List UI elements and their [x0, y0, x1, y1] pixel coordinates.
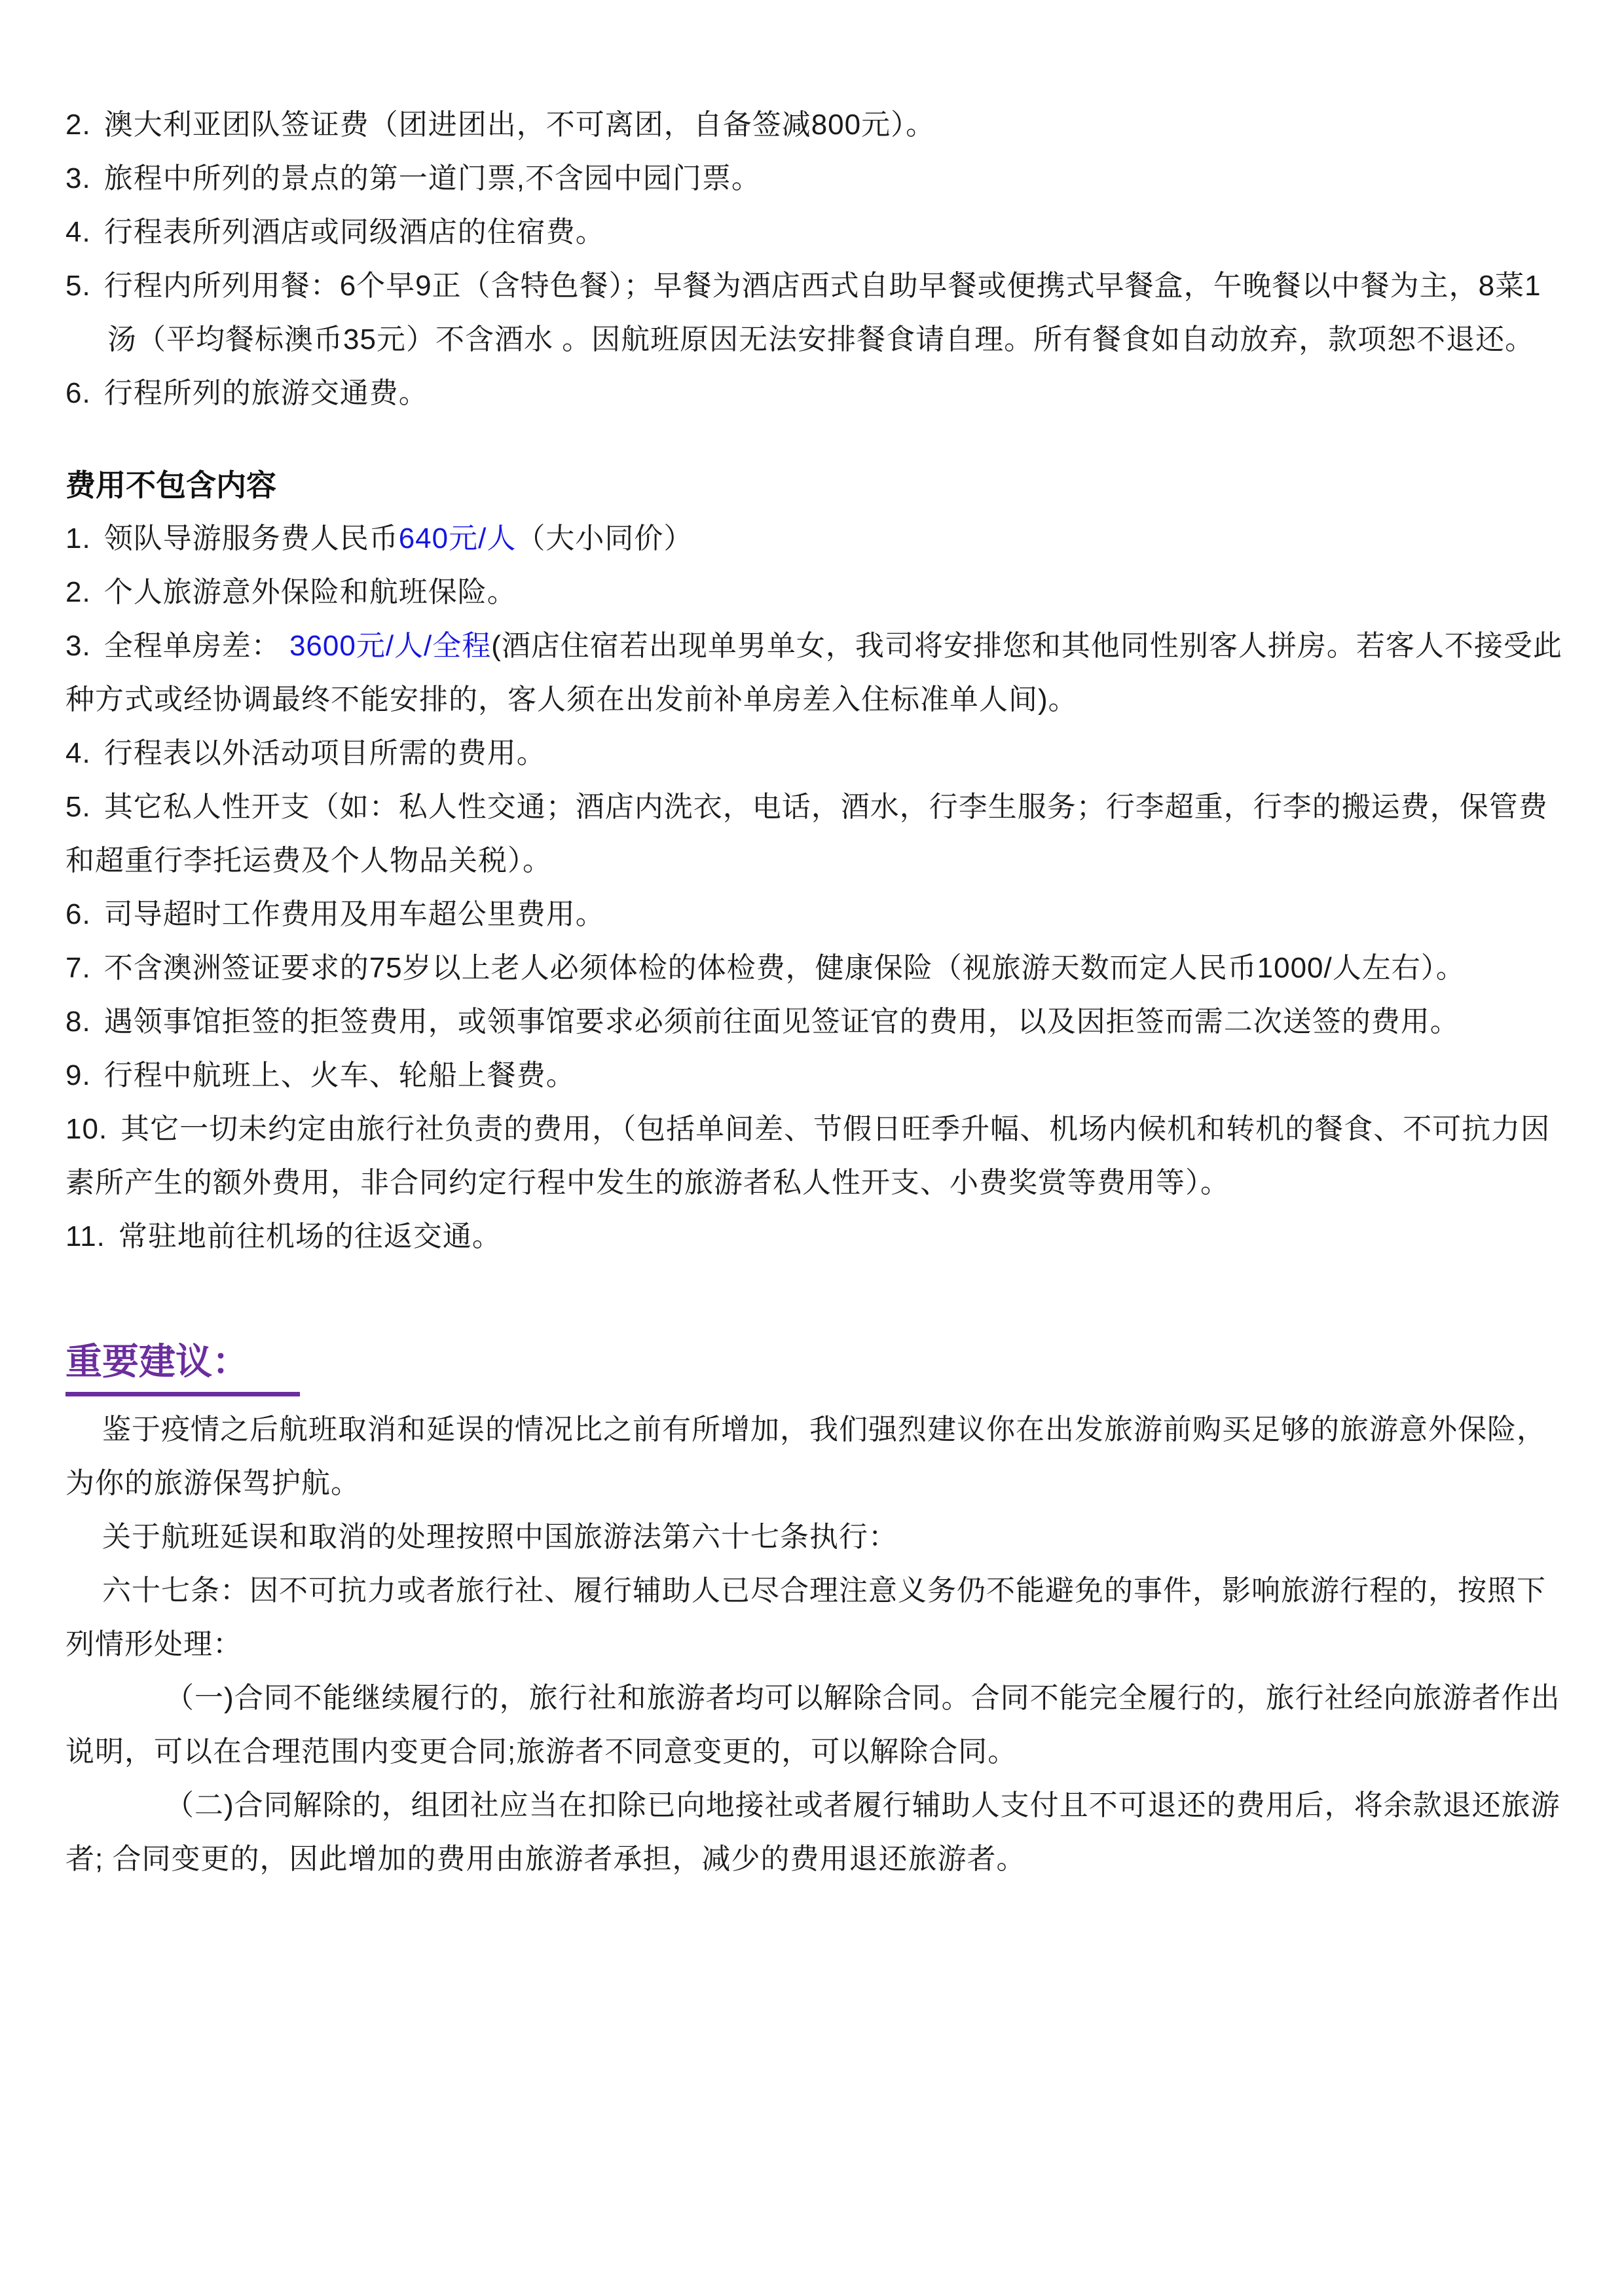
list-item-text: 不含澳洲签证要求的75岁以上老人必须体检的体检费，健康保险（视旅游天数而定人民币…: [104, 952, 1466, 984]
list-item-text: （大小同价）: [516, 522, 693, 555]
list-item-number: 3.: [65, 162, 91, 194]
advice-paragraph: 六十七条：因不可抗力或者旅行社、履行辅助人已尽合理注意义务仍不能避免的事件，影响…: [65, 1564, 1566, 1671]
advice-paragraph: （二)合同解除的，组团社应当在扣除已向地接社或者履行辅助人支付且不可退还的费用后…: [65, 1779, 1566, 1886]
list-item-text: 其它一切未约定由旅行社负责的费用，（包括单间差、节假日旺季升幅、机场内候机和转机…: [65, 1113, 1550, 1199]
list-item-text: 澳大利亚团队签证费（团进团出，不可离团，自备签减800元）。: [104, 109, 935, 141]
list-item: 9.行程中航班上、火车、轮船上餐费。: [65, 1049, 1566, 1102]
advice-paragraph: （一)合同不能继续履行的，旅行社和旅游者均可以解除合同。合同不能完全履行的，旅行…: [65, 1671, 1566, 1779]
advice-paragraph: 关于航班延误和取消的处理按照中国旅游法第六十七条执行：: [65, 1510, 1566, 1564]
list-item-text: 行程表以外活动项目所需的费用。: [104, 737, 546, 769]
list-item-text: 遇领事馆拒签的拒签费用，或领事馆要求必须前往面见签证官的费用，以及因拒签而需二次…: [104, 1006, 1460, 1038]
list-item-text: 个人旅游意外保险和航班保险。: [104, 576, 517, 608]
list-item-number: 1.: [65, 522, 91, 555]
advice-body: 鉴于疫情之后航班取消和延误的情况比之前有所增加，我们强烈建议你在出发旅游前购买足…: [65, 1403, 1566, 1886]
list-item: 5.其它私人性开支（如：私人性交通；酒店内洗衣，电话，酒水，行李生服务；行李超重…: [65, 780, 1566, 888]
list-item-number: 2.: [65, 109, 91, 141]
excluded-fees-list: 1.领队导游服务费人民币640元/人（大小同价） 2.个人旅游意外保险和航班保险…: [65, 512, 1566, 1264]
list-item-text: 行程内所列用餐：6个早9正（含特色餐）；早餐为酒店西式自助早餐或便携式早餐盒，午…: [104, 270, 1541, 355]
list-item: 5.行程内所列用餐：6个早9正（含特色餐）；早餐为酒店西式自助早餐或便携式早餐盒…: [65, 259, 1566, 367]
list-item: 10.其它一切未约定由旅行社负责的费用，（包括单间差、节假日旺季升幅、机场内候机…: [65, 1102, 1566, 1210]
document-page: 2.澳大利亚团队签证费（团进团出，不可离团，自备签减800元）。 3.旅程中所列…: [0, 0, 1624, 2296]
list-item-number: 6.: [65, 377, 91, 409]
list-item-number: 6.: [65, 898, 91, 930]
list-item-number: 7.: [65, 952, 91, 984]
list-item: 6.行程所列的旅游交通费。: [65, 367, 1566, 420]
important-advice-heading-text: 重要建议：: [65, 1332, 300, 1396]
list-item: 2.个人旅游意外保险和航班保险。: [65, 566, 1566, 619]
list-item: 4.行程表所列酒店或同级酒店的住宿费。: [65, 206, 1566, 259]
list-item: 11.常驻地前往机场的往返交通。: [65, 1210, 1566, 1264]
list-item-number: 2.: [65, 576, 91, 608]
list-item: 3.旅程中所列的景点的第一道门票,不含园中园门票。: [65, 152, 1566, 206]
list-item-number: 9.: [65, 1059, 91, 1091]
list-item-number: 5.: [65, 270, 91, 302]
list-item-number: 8.: [65, 1006, 91, 1038]
list-item: 1.领队导游服务费人民币640元/人（大小同价）: [65, 512, 1566, 566]
list-item-number: 4.: [65, 737, 91, 769]
list-item-text: 行程所列的旅游交通费。: [104, 377, 428, 409]
list-item-text: 常驻地前往机场的往返交通。: [119, 1220, 502, 1252]
list-item: 3.全程单房差： 3600元/人/全程(酒店住宿若出现单男单女，我司将安排您和其…: [65, 619, 1566, 727]
list-item-number: 11.: [65, 1220, 105, 1252]
price-highlight: 640元/人: [399, 522, 517, 555]
list-item-number: 4.: [65, 216, 91, 248]
list-item: 6.司导超时工作费用及用车超公里费用。: [65, 888, 1566, 941]
price-highlight: 3600元/人/全程: [289, 630, 491, 662]
list-item-number: 5.: [65, 791, 91, 823]
list-item: 7.不含澳洲签证要求的75岁以上老人必须体检的体检费，健康保险（视旅游天数而定人…: [65, 941, 1566, 995]
list-item-number: 10.: [65, 1113, 107, 1145]
list-item-text: 其它私人性开支（如：私人性交通；酒店内洗衣，电话，酒水，行李生服务；行李超重，行…: [65, 791, 1548, 877]
list-item-text: 行程表所列酒店或同级酒店的住宿费。: [104, 216, 605, 248]
advice-paragraph: 鉴于疫情之后航班取消和延误的情况比之前有所增加，我们强烈建议你在出发旅游前购买足…: [65, 1403, 1566, 1510]
list-item: 2.澳大利亚团队签证费（团进团出，不可离团，自备签减800元）。: [65, 98, 1566, 152]
list-item: 4.行程表以外活动项目所需的费用。: [65, 727, 1566, 780]
list-item-text: 全程单房差：: [104, 630, 289, 662]
list-item: 8.遇领事馆拒签的拒签费用，或领事馆要求必须前往面见签证官的费用，以及因拒签而需…: [65, 995, 1566, 1049]
list-item-text: 行程中航班上、火车、轮船上餐费。: [104, 1059, 576, 1091]
list-item-number: 3.: [65, 630, 91, 662]
important-advice-heading: 重要建议：: [65, 1332, 1566, 1396]
excluded-fees-heading: 费用不包含内容: [65, 458, 1566, 512]
included-fees-list: 2.澳大利亚团队签证费（团进团出，不可离团，自备签减800元）。 3.旅程中所列…: [65, 98, 1566, 420]
list-item-text: 司导超时工作费用及用车超公里费用。: [104, 898, 605, 930]
list-item-text: 领队导游服务费人民币: [104, 522, 399, 555]
list-item-text: 旅程中所列的景点的第一道门票,不含园中园门票。: [104, 162, 761, 194]
